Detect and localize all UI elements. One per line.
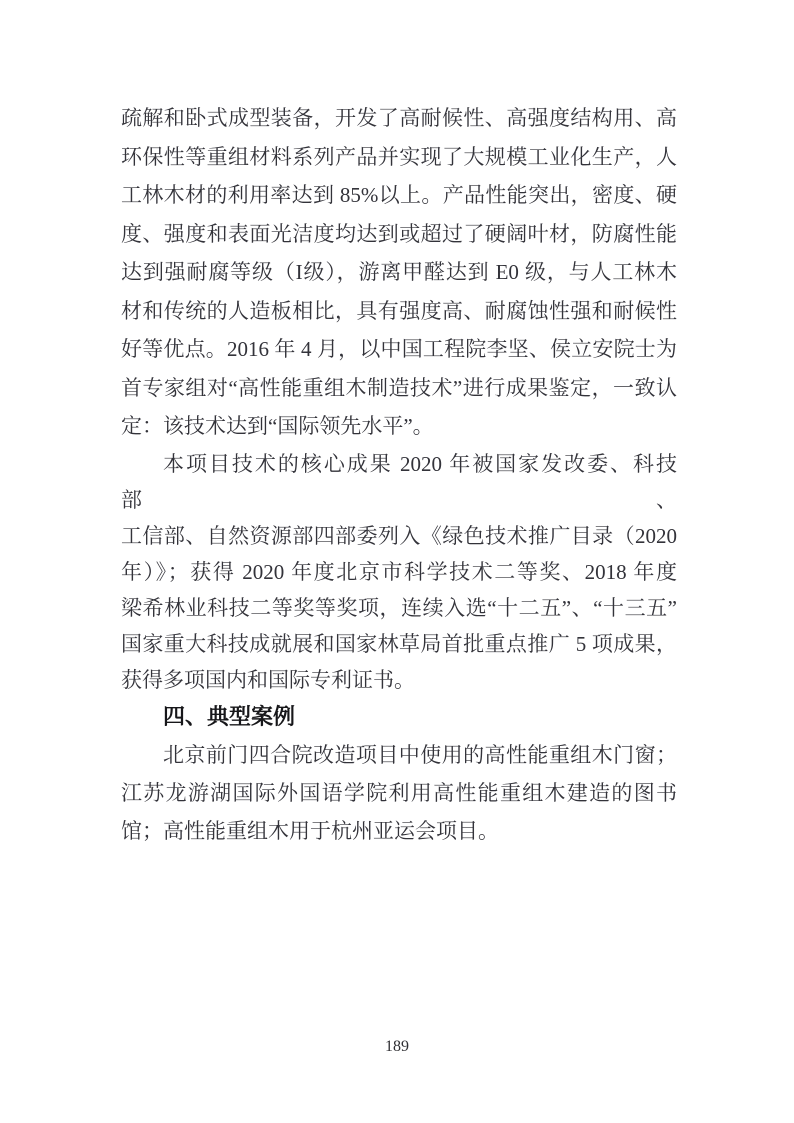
text-line: 首专家组对“高性能重组木制造技术”进行成果鉴定，一致认	[121, 369, 677, 408]
text-line: 国家重大科技成就展和国家林草局首批重点推广 5 项成果，	[121, 626, 677, 662]
text-line: 好等优点。2016 年 4 月，以中国工程院李坚、侯立安院士为	[121, 330, 677, 369]
text-line: 定：该技术达到“国际领先水平”。	[121, 407, 677, 446]
text-line: 工林木材的利用率达到 85%以上。产品性能突出，密度、硬	[121, 176, 677, 215]
text-line: 达到强耐腐等级（I级），游离甲醛达到 E0 级，与人工林木	[121, 253, 677, 292]
section-heading: 四、典型案例	[121, 698, 677, 736]
text-line: 获得多项国内和国际专利证书。	[121, 662, 677, 698]
document-page: 疏解和卧式成型装备，开发了高耐候性、高强度结构用、高 环保性等重组材料系列产品并…	[0, 0, 794, 1123]
text-line: 馆；高性能重组木用于杭州亚运会项目。	[121, 812, 677, 850]
paragraph-achievements: 本项目技术的核心成果 2020 年被国家发改委、科技部、 工信部、自然资源部四部…	[121, 446, 677, 698]
text-line: 本项目技术的核心成果 2020 年被国家发改委、科技部、	[121, 446, 677, 518]
text-line: 度、强度和表面光洁度均达到或超过了硬阔叶材，防腐性能	[121, 215, 677, 254]
text-line: 疏解和卧式成型装备，开发了高耐候性、高强度结构用、高	[121, 99, 677, 138]
text-line: 材和传统的人造板相比，具有强度高、耐腐蚀性强和耐候性	[121, 292, 677, 331]
text-line: 工信部、自然资源部四部委列入《绿色技术推广目录（2020	[121, 518, 677, 554]
page-number: 189	[0, 1037, 794, 1057]
text-line: 梁希林业科技二等奖等奖项，连续入选“十二五”、“十三五”	[121, 590, 677, 626]
text-line: 年）》；获得 2020 年度北京市科学技术二等奖、2018 年度	[121, 554, 677, 590]
paragraph-continuation: 疏解和卧式成型装备，开发了高耐候性、高强度结构用、高 环保性等重组材料系列产品并…	[121, 99, 677, 446]
paragraph-typical-cases: 北京前门四合院改造项目中使用的高性能重组木门窗； 江苏龙游湖国际外国语学院利用高…	[121, 736, 677, 850]
text-line: 环保性等重组材料系列产品并实现了大规模工业化生产，人	[121, 138, 677, 177]
text-line: 江苏龙游湖国际外国语学院利用高性能重组木建造的图书	[121, 774, 677, 812]
document-body: 疏解和卧式成型装备，开发了高耐候性、高强度结构用、高 环保性等重组材料系列产品并…	[121, 99, 677, 850]
text-line: 北京前门四合院改造项目中使用的高性能重组木门窗；	[121, 736, 677, 774]
